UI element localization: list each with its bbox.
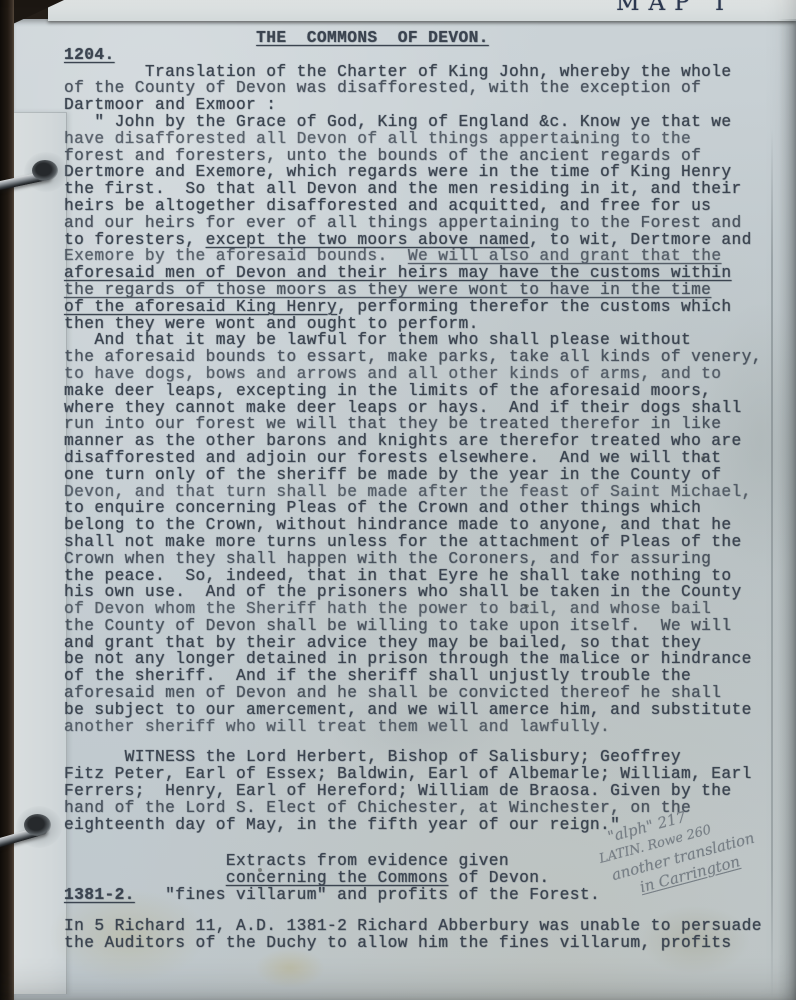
corner-map-label: MAP I — [616, 0, 733, 16]
typed-line: Dartmoor and Exmoor : — [64, 97, 762, 114]
typed-segment: be subject to our amercement, and we wil… — [64, 701, 752, 719]
typed-line: Exemore by the aforesaid bounds. We will… — [64, 248, 762, 265]
typed-segment: We will also and grant that the — [408, 247, 722, 265]
typed-segment: " John by the Grace of God, King of Engl… — [64, 113, 732, 131]
typed-line: Devon, and that turn shall be made after… — [64, 484, 762, 501]
typed-line: WITNESS the Lord Herbert, Bishop of Sali… — [64, 749, 762, 766]
typed-segment: of the County of Devon was disafforested… — [64, 79, 701, 97]
typed-line: And that it may be lawful for them who s… — [64, 332, 762, 349]
typed-segment: to foresters, — [64, 231, 206, 249]
typed-line: the regards of those moors as they were … — [64, 282, 762, 299]
typed-line: the peace. So, indeed, that in that Eyre… — [64, 568, 762, 585]
typed-segment: except the two moors above named — [206, 231, 530, 249]
typed-line: manner as the other barons and knights a… — [64, 433, 762, 450]
typed-segment — [64, 869, 226, 887]
typed-line: 1204. — [64, 47, 762, 64]
typed-segment: of the sheriff. And if the sheriff shall… — [64, 667, 691, 685]
typed-segment: "fines villarum" and profits of the Fore… — [135, 886, 600, 904]
typed-line: one turn only of the sheriff be made by … — [64, 467, 762, 484]
typed-segment: to enquire concerning Pleas of the Crown… — [64, 499, 701, 517]
typed-line: disafforested and adjoin our forests els… — [64, 450, 762, 467]
typed-segment: forest and foresters, unto the bounds of… — [64, 147, 701, 165]
typed-segment: Devon, and that turn shall be made after… — [64, 483, 752, 501]
typed-segment: then they were wont and ought to perform… — [64, 315, 479, 333]
typed-line: another sheriff who will treat them well… — [64, 719, 762, 736]
typed-segment: THE COMMONS OF DEVON. — [256, 29, 489, 47]
typed-line: to enquire concerning Pleas of the Crown… — [64, 500, 762, 517]
typed-line: Translation of the Charter of King John,… — [64, 64, 762, 81]
typed-segment: the Auditors of the Duchy to allow him t… — [64, 934, 732, 952]
typed-line: " John by the Grace of God, King of Engl… — [64, 114, 762, 131]
typed-segment: Extracts from evidence given — [64, 852, 509, 870]
typed-line: be not any longer detained in prison thr… — [64, 651, 762, 668]
typed-segment: Dertmore and Exemore, which regards were… — [64, 163, 732, 181]
typed-segment: another sheriff who will treat them well… — [64, 718, 610, 736]
typed-segment: 1381-2. — [64, 886, 135, 904]
typed-segment: eighteenth day of May, in the fifth year… — [64, 816, 620, 834]
typed-line: the County of Devon shall be willing to … — [64, 618, 762, 635]
punched-hole — [32, 160, 58, 181]
photo-background: MAP I THE COMMONS OF DEVON.1204. Transla… — [0, 0, 796, 1000]
typed-segment: Exemore by the aforesaid bounds. — [64, 247, 408, 265]
typed-line: of Devon whom the Sheriff hath the power… — [64, 601, 762, 618]
typed-segment: , to wit, Dertmore and — [529, 231, 752, 249]
typed-segment: one turn only of the sheriff be made by … — [64, 466, 721, 484]
typed-segment: disafforested and adjoin our forests els… — [64, 449, 721, 467]
typed-segment: make deer leaps, excepting in the limits… — [64, 382, 711, 400]
typed-segment: Crown when they shall happen with the Co… — [64, 550, 711, 568]
typed-line: where they cannot make deer leaps or hay… — [64, 400, 762, 417]
typed-line: forest and foresters, unto the bounds of… — [64, 148, 762, 165]
typed-segment: have disafforested all Devon of all thin… — [64, 130, 691, 148]
typed-line: and grant that by their advice they may … — [64, 635, 762, 652]
typed-line: Dertmore and Exemore, which regards were… — [64, 164, 762, 181]
typed-segment: where they cannot make deer leaps or hay… — [64, 399, 742, 417]
typed-segment: aforesaid men of Devon and their heirs m… — [64, 264, 732, 282]
typed-text: THE COMMONS OF DEVON.1204. Translation o… — [64, 30, 762, 951]
typed-line: Fitz Peter, Earl of Essex; Baldwin, Earl… — [64, 766, 762, 783]
typed-segment: In 5 Richard 11, A.D. 1381-2 Richard Abb… — [64, 917, 762, 935]
page-crease — [771, 128, 773, 1000]
typed-line: Ferrers; Henry, Earl of Hereford; Willia… — [64, 783, 762, 800]
text-block: THE COMMONS OF DEVON.1204. Translation o… — [64, 30, 762, 735]
typed-line: of the aforesaid King Henry, performing … — [64, 299, 762, 316]
typed-segment: Dartmoor and Exmoor : — [64, 96, 276, 114]
typed-segment: 1204. — [64, 46, 115, 64]
typed-line: make deer leaps, excepting in the limits… — [64, 383, 762, 400]
typed-segment — [64, 29, 256, 47]
page-behind-sliver: MAP I — [48, 0, 796, 21]
typed-segment: of Devon whom the Sheriff hath the power… — [64, 600, 711, 618]
typed-line: THE COMMONS OF DEVON. — [64, 30, 762, 47]
typed-line: run into our forest we will that they be… — [64, 416, 762, 433]
typed-line: aforesaid men of Devon and he shall be c… — [64, 685, 762, 702]
typed-segment: belong to the Crown, without hindrance m… — [64, 516, 732, 534]
typed-segment: , performing therefor the customs which — [337, 298, 731, 316]
typed-segment: the first. So that all Devon and the men… — [64, 180, 742, 198]
typed-line: aforesaid men of Devon and their heirs m… — [64, 265, 762, 282]
text-block: In 5 Richard 11, A.D. 1381-2 Richard Abb… — [64, 918, 762, 952]
typed-segment: the aforesaid bounds to essart, make par… — [64, 348, 762, 366]
typed-segment: the peace. So, indeed, that in that Eyre… — [64, 567, 732, 585]
typed-segment: to have dogs, bows and arrows and all ot… — [64, 365, 721, 383]
typed-segment: And that it may be lawful for them who s… — [64, 331, 691, 349]
typed-line: have disafforested all Devon of all thin… — [64, 131, 762, 148]
typed-segment: Ferrers; Henry, Earl of Hereford; Willia… — [64, 782, 732, 800]
typed-segment: concerning the Commons — [226, 869, 449, 887]
typed-line: his own use. And of the prisoners who sh… — [64, 584, 762, 601]
typed-segment: the regards of those moors as they were … — [64, 281, 711, 299]
typed-segment: of Devon. — [448, 869, 549, 887]
typed-line: of the sheriff. And if the sheriff shall… — [64, 668, 762, 685]
binder-reinforcement-strip — [12, 112, 67, 994]
typed-segment: Fitz Peter, Earl of Essex; Baldwin, Earl… — [64, 765, 752, 783]
typed-line: then they were wont and ought to perform… — [64, 316, 762, 333]
typed-line: In 5 Richard 11, A.D. 1381-2 Richard Abb… — [64, 918, 762, 935]
typed-line: of the County of Devon was disafforested… — [64, 80, 762, 97]
typed-segment: run into our forest we will that they be… — [64, 415, 721, 433]
typed-line: belong to the Crown, without hindrance m… — [64, 517, 762, 534]
typed-segment: and grant that by their advice they may … — [64, 634, 701, 652]
typed-segment: be not any longer detained in prison thr… — [64, 650, 752, 668]
typed-line: shall not make more turns unless for the… — [64, 534, 762, 551]
typed-line: Crown when they shall happen with the Co… — [64, 551, 762, 568]
binding-edge — [0, 0, 14, 1000]
typed-line: and our heirs for ever of all things app… — [64, 215, 762, 232]
typed-segment: his own use. And of the prisoners who sh… — [64, 583, 742, 601]
punched-hole — [24, 814, 51, 836]
typed-segment: of the aforesaid King Henry — [64, 298, 337, 316]
typed-segment: the County of Devon shall be willing to … — [64, 617, 732, 635]
typed-line: be subject to our amercement, and we wil… — [64, 702, 762, 719]
typed-line: the first. So that all Devon and the men… — [64, 181, 762, 198]
typed-segment: heirs be altogether disafforested and ac… — [64, 197, 711, 215]
typed-line: the Auditors of the Duchy to allow him t… — [64, 935, 762, 952]
typed-segment: manner as the other barons and knights a… — [64, 432, 742, 450]
typed-segment: WITNESS the Lord Herbert, Bishop of Sali… — [64, 748, 681, 766]
typed-line: to foresters, except the two moors above… — [64, 232, 762, 249]
typed-line: heirs be altogether disafforested and ac… — [64, 198, 762, 215]
typed-segment: aforesaid men of Devon and he shall be c… — [64, 684, 721, 702]
typed-line: the aforesaid bounds to essart, make par… — [64, 349, 762, 366]
typed-segment: and our heirs for ever of all things app… — [64, 214, 742, 232]
typed-segment: Translation of the Charter of King John,… — [64, 63, 732, 81]
typed-segment: shall not make more turns unless for the… — [64, 533, 742, 551]
typed-line: to have dogs, bows and arrows and all ot… — [64, 366, 762, 383]
typed-segment: hand of the Lord S. Elect of Chichester,… — [64, 799, 691, 817]
